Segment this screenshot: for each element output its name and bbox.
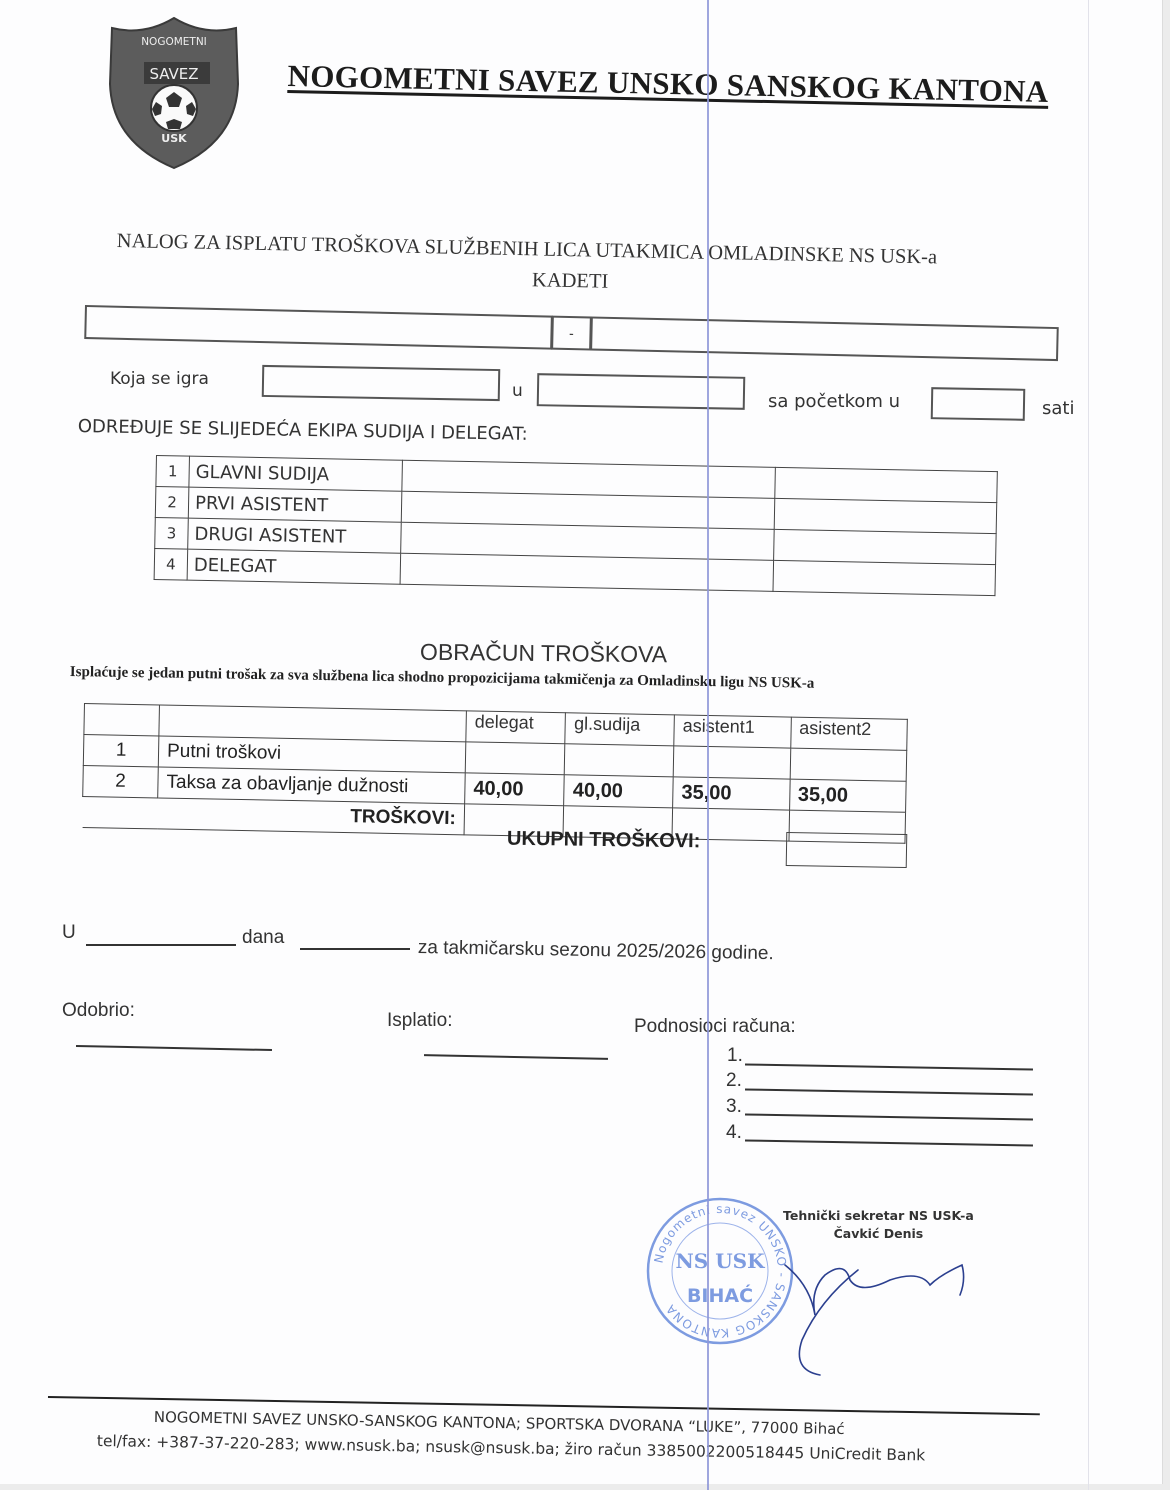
team-separator: - (551, 316, 592, 351)
cost-cell: 40,00 (465, 773, 565, 806)
official-extra-field[interactable] (774, 498, 997, 533)
submitter-number: 2. (726, 1070, 742, 1092)
cost-cell: 35,00 (673, 777, 790, 810)
home-team-field[interactable] (84, 305, 553, 350)
official-role: DELEGAT (187, 549, 401, 584)
approved-signature-line[interactable] (76, 1045, 272, 1051)
submitters-label: Podnosioci računa: (634, 1016, 796, 1038)
submitter-signature-line[interactable] (745, 1063, 1033, 1070)
submitter-number: 4. (726, 1122, 742, 1144)
column-header: delegat (466, 711, 566, 744)
official-extra-field[interactable] (773, 560, 996, 595)
officials-heading: ODREĐUJE SE SLIJEDEĆA EKIPA SUDIJA I DEL… (78, 416, 528, 445)
paid-label: Isplatio: (387, 1010, 452, 1032)
football-shield-icon: NOGOMETNI SAVEZ USK (104, 14, 244, 170)
costs-table: delegat gl.sudija asistent1 asistent2 1 … (82, 703, 908, 844)
page-title: NOGOMETNI SAVEZ UNSKO SANSKOG KANTONA (287, 58, 1049, 110)
document-page: NOGOMETNI SAVEZ USK NOGOMETNI SAVEZ UNSK… (0, 0, 1163, 1484)
scan-artifact-line (1088, 0, 1089, 1490)
place-prefix: U (62, 922, 76, 944)
signer-block: Tehnički sekretar NS USK-a Čavkić Denis (783, 1207, 974, 1243)
footer-address: NOGOMETNI SAVEZ UNSKO-SANSKOG KANTONA; S… (154, 1408, 845, 1438)
hours-label: sati (1042, 398, 1074, 419)
submitter-number: 1. (727, 1045, 743, 1067)
column-header: asistent2 (790, 717, 907, 750)
column-header: asistent1 (674, 715, 791, 748)
total-label: UKUPNI TROŠKOVI: (507, 828, 701, 854)
official-role: DRUGI ASISTENT (188, 518, 402, 553)
cost-cell: 40,00 (564, 775, 673, 808)
away-team-field[interactable] (590, 316, 1059, 361)
stamp-line-1: NS USK (676, 1249, 766, 1273)
official-role: GLAVNI SUDIJA (189, 456, 403, 491)
row-number: 4 (154, 548, 188, 580)
venue-field[interactable] (537, 373, 746, 410)
played-label: Koja se igra (110, 369, 209, 389)
form-title: NALOG ZA ISPLATU TROŠKOVA SLUŽBENIH LICA… (117, 230, 1037, 271)
submitter-signature-line[interactable] (745, 1088, 1033, 1095)
day-label: dana (242, 927, 284, 949)
signer-title: Tehnički sekretar NS USK-a (783, 1207, 974, 1225)
cost-cell[interactable] (565, 744, 674, 777)
row-number: 1 (156, 456, 190, 488)
logo-middle-text: SAVEZ (149, 65, 198, 83)
total-field[interactable] (786, 832, 908, 868)
official-extra-field[interactable] (775, 467, 998, 502)
row-number: 3 (155, 517, 189, 549)
paid-signature-line[interactable] (424, 1054, 608, 1059)
cost-cell[interactable] (673, 746, 790, 779)
cost-cell: 35,00 (789, 779, 906, 812)
officials-table: 1 GLAVNI SUDIJA 2 PRVI ASISTENT 3 DRUGI … (154, 455, 998, 596)
submitter-number: 3. (726, 1096, 742, 1118)
start-time-field[interactable] (931, 387, 1026, 421)
cost-cell[interactable] (465, 742, 565, 775)
row-number: 2 (83, 765, 159, 797)
place-blank[interactable] (86, 944, 236, 946)
season-text: za takmičarsku sezonu 2025/2026 godine. (418, 937, 774, 965)
column-header: gl.sudija (565, 713, 674, 746)
scan-artifact-line (707, 0, 709, 1490)
approved-label: Odobrio: (62, 1000, 135, 1022)
match-teams-row: - (84, 305, 1061, 373)
in-label: u (512, 381, 523, 401)
handwritten-signature-icon (780, 1240, 980, 1380)
official-role: PRVI ASISTENT (188, 487, 402, 522)
official-extra-field[interactable] (774, 529, 997, 564)
stamp-line-2: BIHAĆ (687, 1283, 753, 1307)
official-stamp-icon: Nogometni savez UNSKO - SANSKOG KANTONA … (645, 1196, 795, 1346)
submitter-signature-line[interactable] (745, 1139, 1033, 1146)
form-category: KADETI (532, 269, 609, 293)
start-label: sa početkom u (768, 391, 900, 412)
cost-cell[interactable] (790, 748, 907, 781)
logo-bottom-text: USK (161, 132, 187, 145)
subtotal-label: TROŠKOVI: (82, 796, 465, 834)
costs-heading: OBRAČUN TROŠKOVA (420, 639, 667, 669)
logo-top-text: NOGOMETNI (141, 36, 207, 48)
date-blank[interactable] (300, 948, 410, 950)
row-number: 2 (155, 487, 189, 519)
row-number: 1 (83, 735, 159, 767)
official-name-field[interactable] (400, 553, 774, 591)
costs-note: Isplaćuje se jedan putni trošak za sva s… (70, 664, 815, 693)
date-field[interactable] (262, 365, 501, 401)
submitter-signature-line[interactable] (745, 1113, 1033, 1120)
